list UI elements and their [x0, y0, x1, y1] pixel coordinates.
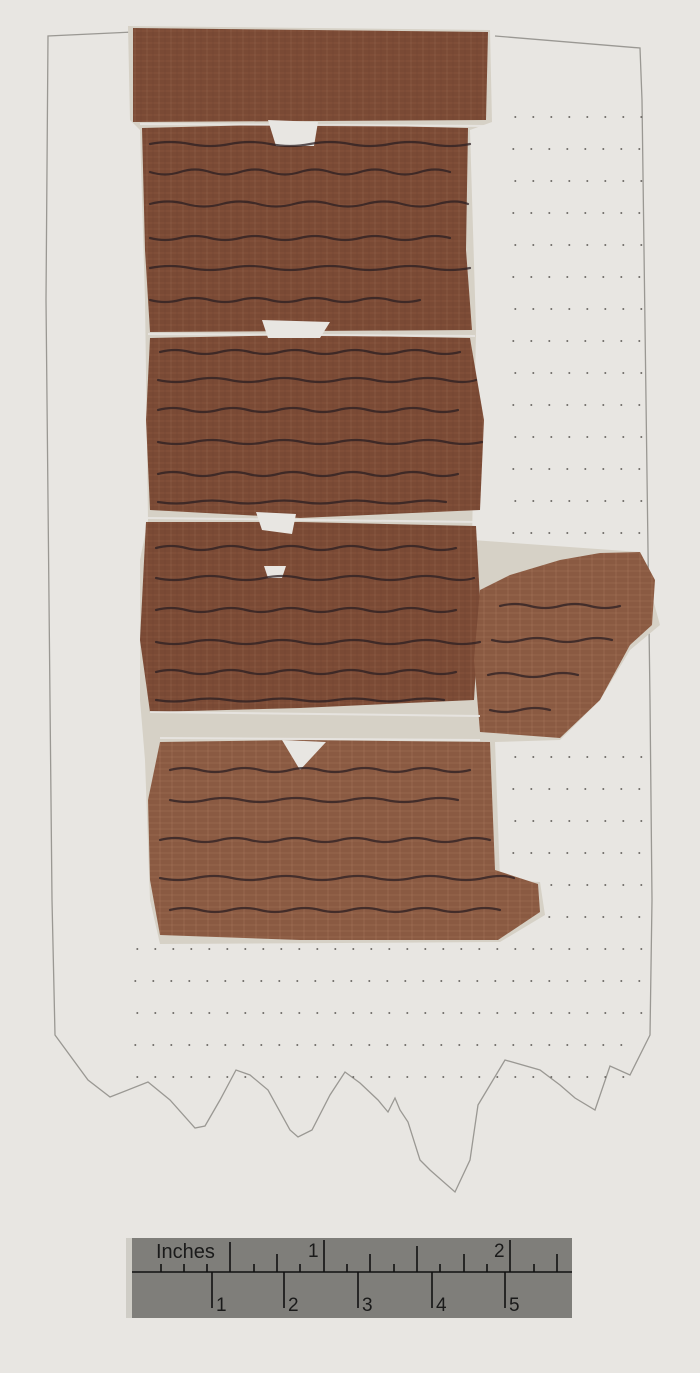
cm-label-3: 3: [362, 1296, 373, 1315]
cm-label-2: 2: [288, 1296, 299, 1315]
ruler-title: Inches: [156, 1242, 215, 1262]
photo-scene: Inches 1 2 1 2 3 4 5: [0, 0, 700, 1373]
scale-ruler: Inches 1 2 1 2 3 4 5: [126, 1238, 572, 1318]
cm-label-5: 5: [509, 1296, 520, 1315]
papyrus-fragment: [0, 0, 700, 1373]
cm-label-4: 4: [436, 1296, 447, 1315]
inch-label-2: 2: [494, 1242, 505, 1261]
cm-label-1: 1: [216, 1296, 227, 1315]
inch-label-1: 1: [308, 1242, 319, 1261]
